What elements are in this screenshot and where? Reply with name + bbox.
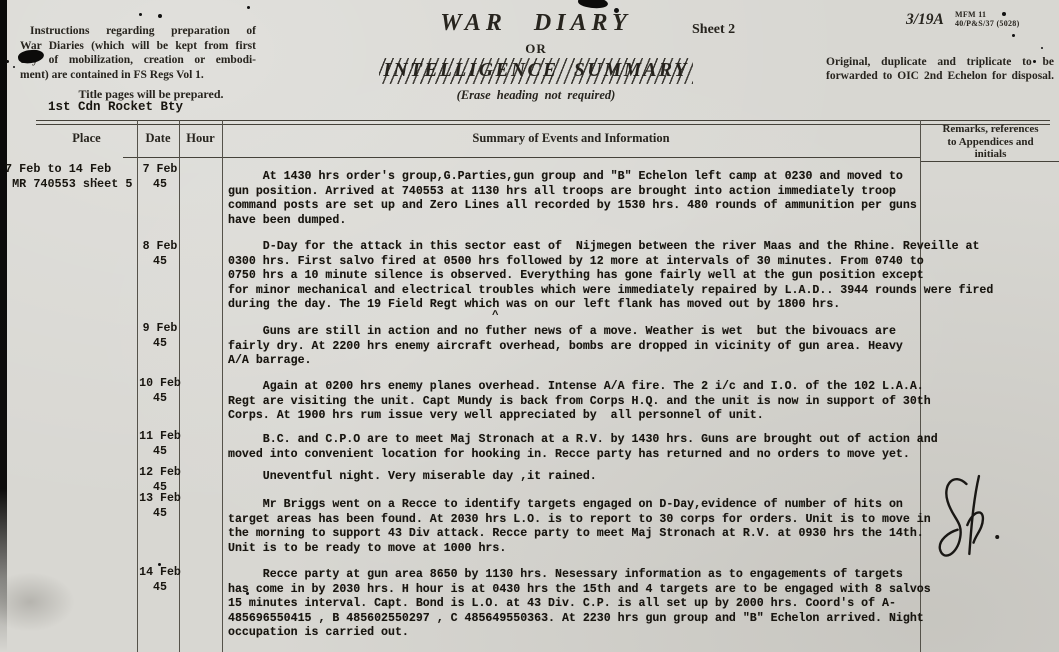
diary-entry-summary: Guns are still in action and no futher n…	[228, 325, 903, 369]
remarks-header-line: to Appendices and	[922, 136, 1059, 149]
diary-entry-summary: B.C. and C.P.O are to meet Maj Stronach …	[228, 433, 938, 462]
disposal-line: Original, duplicate and triplicate to be	[826, 55, 1054, 69]
diary-entry-date-line: 10 Feb	[137, 377, 183, 392]
header-underline	[123, 157, 920, 158]
diary-entry-date-line: 45	[137, 507, 183, 522]
ink-speck	[247, 6, 250, 9]
remarks-header-underline	[920, 161, 1059, 162]
erase-heading-note: (Erase heading not required)	[368, 88, 704, 103]
ink-speck	[1041, 47, 1043, 49]
diary-entry-summary: D-Day for the attack in this sector east…	[228, 240, 993, 313]
scan-smudge	[0, 572, 75, 632]
signature-initials	[921, 465, 1013, 576]
ink-speck	[158, 563, 161, 566]
unit-name: 1st Cdn Rocket Bty	[48, 100, 183, 114]
ink-speck	[614, 8, 619, 13]
diary-entry-date: 13 Feb45	[137, 492, 183, 521]
remarks-header-line: initials	[922, 148, 1059, 161]
preparation-instructions: Instructions regarding preparation of Wa…	[20, 24, 256, 82]
instructions-line: War Diaries (which will be kept from fir…	[20, 39, 256, 54]
diary-entry-date: 11 Feb45	[137, 430, 183, 459]
form-code-references: MFM 11 40/P&S/37 (5028)	[955, 11, 1020, 28]
diary-entry-date-line: 45	[137, 337, 183, 352]
ink-speck	[246, 592, 249, 595]
diary-entry-date: 14 Feb45	[137, 566, 183, 595]
diary-entry-summary: Again at 0200 hrs enemy planes overhead.…	[228, 380, 931, 424]
diary-entry-date-line: 12 Feb	[137, 466, 183, 481]
diary-entry-date: 12 Feb45	[137, 466, 183, 495]
diary-entry-summary: Recce party at gun area 8650 by 1130 hrs…	[228, 568, 931, 641]
diary-entry-date-line: 7 Feb	[137, 163, 183, 178]
diary-entry-date-line: 45	[137, 255, 183, 270]
form-title: WAR DIARY	[368, 10, 704, 37]
diary-entry-summary: Uneventful night. Very miserable day ,it…	[228, 470, 597, 485]
form-title-block: WAR DIARY OR INTELLIGENCE SUMMARY (Erase…	[368, 10, 704, 103]
column-header-hour: Hour	[179, 131, 222, 146]
sheet-number: Sheet 2	[692, 22, 735, 38]
diary-entry-date-line: 8 Feb	[137, 240, 183, 255]
place-cell: 7 Feb to 14 Feb MR 740553 sheet 5	[5, 162, 132, 192]
war-diary-page: Instructions regarding preparation of Wa…	[0, 0, 1059, 652]
column-divider-hour-summary	[222, 120, 223, 652]
diary-entry-date-line: 45	[137, 445, 183, 460]
ink-speck	[1033, 60, 1036, 63]
form-title-alternative-struck: INTELLIGENCE SUMMARY	[383, 60, 688, 82]
ink-speck	[1012, 34, 1015, 37]
column-header-summary: Summary of Events and Information	[222, 131, 920, 146]
diary-entry-date-line: 14 Feb	[137, 566, 183, 581]
ink-speck	[13, 66, 15, 68]
instructions-line: Instructions regarding preparation of	[20, 24, 256, 39]
diary-entry-date-line: 45	[137, 581, 183, 596]
table-top-rule-2	[36, 124, 1050, 125]
ink-blot	[578, 0, 609, 10]
diary-entry-summary: Mr Briggs went on a Recce to identify ta…	[228, 498, 931, 556]
form-title-or: OR	[368, 41, 704, 57]
diary-entry-date-line: 45	[137, 392, 183, 407]
place-line-2: MR 740553 sheet 5	[5, 177, 132, 191]
remarks-header-line: Remarks, references	[922, 123, 1059, 136]
form-code: 3/19A	[906, 11, 944, 29]
ink-speck	[95, 178, 97, 180]
insertion-caret-mark: ^	[492, 310, 499, 322]
diary-entry-date-line: 45	[137, 178, 183, 193]
diary-entry-date-line: 11 Feb	[137, 430, 183, 445]
column-header-remarks: Remarks, references to Appendices and in…	[922, 123, 1059, 161]
form-code-ref: 40/P&S/37 (5028)	[955, 20, 1020, 29]
ink-speck	[6, 60, 9, 63]
disposal-line: forwarded to OIC 2nd Echelon for disposa…	[826, 69, 1054, 83]
column-header-date: Date	[137, 131, 179, 146]
diary-entry-date: 10 Feb45	[137, 377, 183, 406]
ink-speck	[158, 14, 162, 18]
diary-entry-date-line: 13 Feb	[137, 492, 183, 507]
instructions-line: ment) are contained in FS Regs Vol 1.	[20, 68, 256, 83]
diary-entry-date: 7 Feb45	[137, 163, 183, 192]
instructions-line: day of mobilization, creation or embodi-	[20, 53, 256, 68]
disposal-instructions: Original, duplicate and triplicate to be…	[826, 55, 1054, 83]
table-top-rule	[36, 120, 1050, 121]
diary-entry-date: 9 Feb45	[137, 322, 183, 351]
diary-entry-date: 8 Feb45	[137, 240, 183, 269]
column-header-place: Place	[36, 131, 137, 146]
ink-speck	[139, 13, 142, 16]
diary-entry-summary: At 1430 hrs order's group,G.Parties,gun …	[228, 170, 917, 228]
ink-speck	[1002, 12, 1006, 16]
diary-entry-date-line: 9 Feb	[137, 322, 183, 337]
place-line-1: 7 Feb to 14 Feb	[5, 162, 111, 176]
scan-edge-strip	[0, 0, 7, 652]
